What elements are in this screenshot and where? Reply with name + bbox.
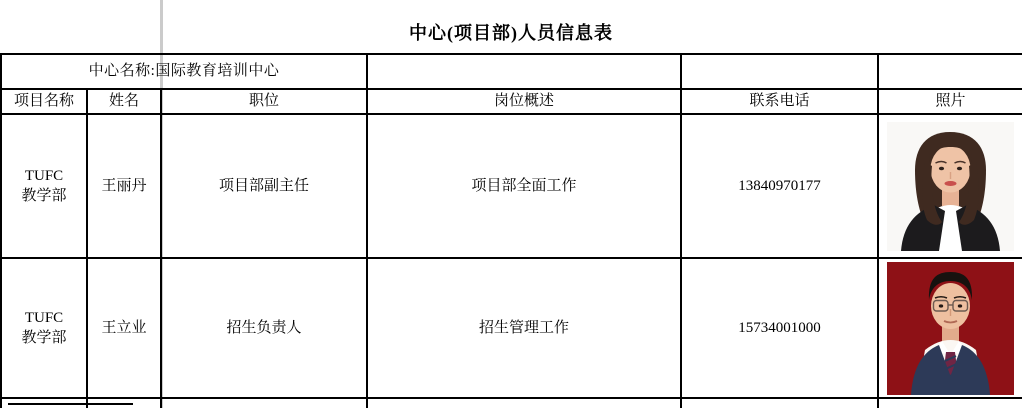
personnel-table: 中心名称:国际教育培训中心 项目名称 姓名 职位 岗位概述 联系电话 照片 TU… [0, 53, 1022, 408]
phone-cell: 15734001000 [681, 258, 878, 398]
empty-cell [367, 54, 681, 89]
header-phone: 联系电话 [681, 89, 878, 114]
center-name-row: 中心名称:国际教育培训中心 [1, 54, 1022, 89]
table-border-fragment [8, 403, 133, 405]
empty-cell [681, 54, 878, 89]
empty-cell [367, 398, 681, 408]
photo-cell [878, 114, 1022, 258]
duty-cell: 项目部全面工作 [367, 114, 681, 258]
phone-cell: 13840970177 [681, 114, 878, 258]
empty-cell [878, 398, 1022, 408]
page-title: 中心(项目部)人员信息表 [0, 19, 1022, 45]
project-cell: TUFC 教学部 [1, 258, 87, 398]
header-row: 项目名称 姓名 职位 岗位概述 联系电话 照片 [1, 89, 1022, 114]
name-cell: 王立业 [87, 258, 161, 398]
header-name: 姓名 [87, 89, 161, 114]
header-duty: 岗位概述 [367, 89, 681, 114]
position-cell: 招生负责人 [161, 258, 367, 398]
female-id-photo [887, 122, 1014, 251]
header-photo: 照片 [878, 89, 1022, 114]
header-project-name: 项目名称 [1, 89, 87, 114]
document-page: 中心(项目部)人员信息表 中心名称:国际教育培训中心 项目名称 姓名 职位 岗位… [0, 0, 1022, 408]
table-row: TUFC 教学部 王丽丹 项目部副主任 项目部全面工作 13840970177 [1, 114, 1022, 258]
empty-cell [878, 54, 1022, 89]
photo-cell [878, 258, 1022, 398]
project-cell: TUFC 教学部 [1, 114, 87, 258]
empty-cell [161, 398, 367, 408]
position-cell: 项目部副主任 [161, 114, 367, 258]
name-cell: 王丽丹 [87, 114, 161, 258]
male-id-photo [887, 262, 1014, 395]
partial-row [1, 398, 1022, 408]
center-name-cell: 中心名称:国际教育培训中心 [1, 54, 367, 89]
duty-cell: 招生管理工作 [367, 258, 681, 398]
empty-cell [681, 398, 878, 408]
header-position: 职位 [161, 89, 367, 114]
table-row: TUFC 教学部 王立业 招生负责人 招生管理工作 15734001000 [1, 258, 1022, 398]
